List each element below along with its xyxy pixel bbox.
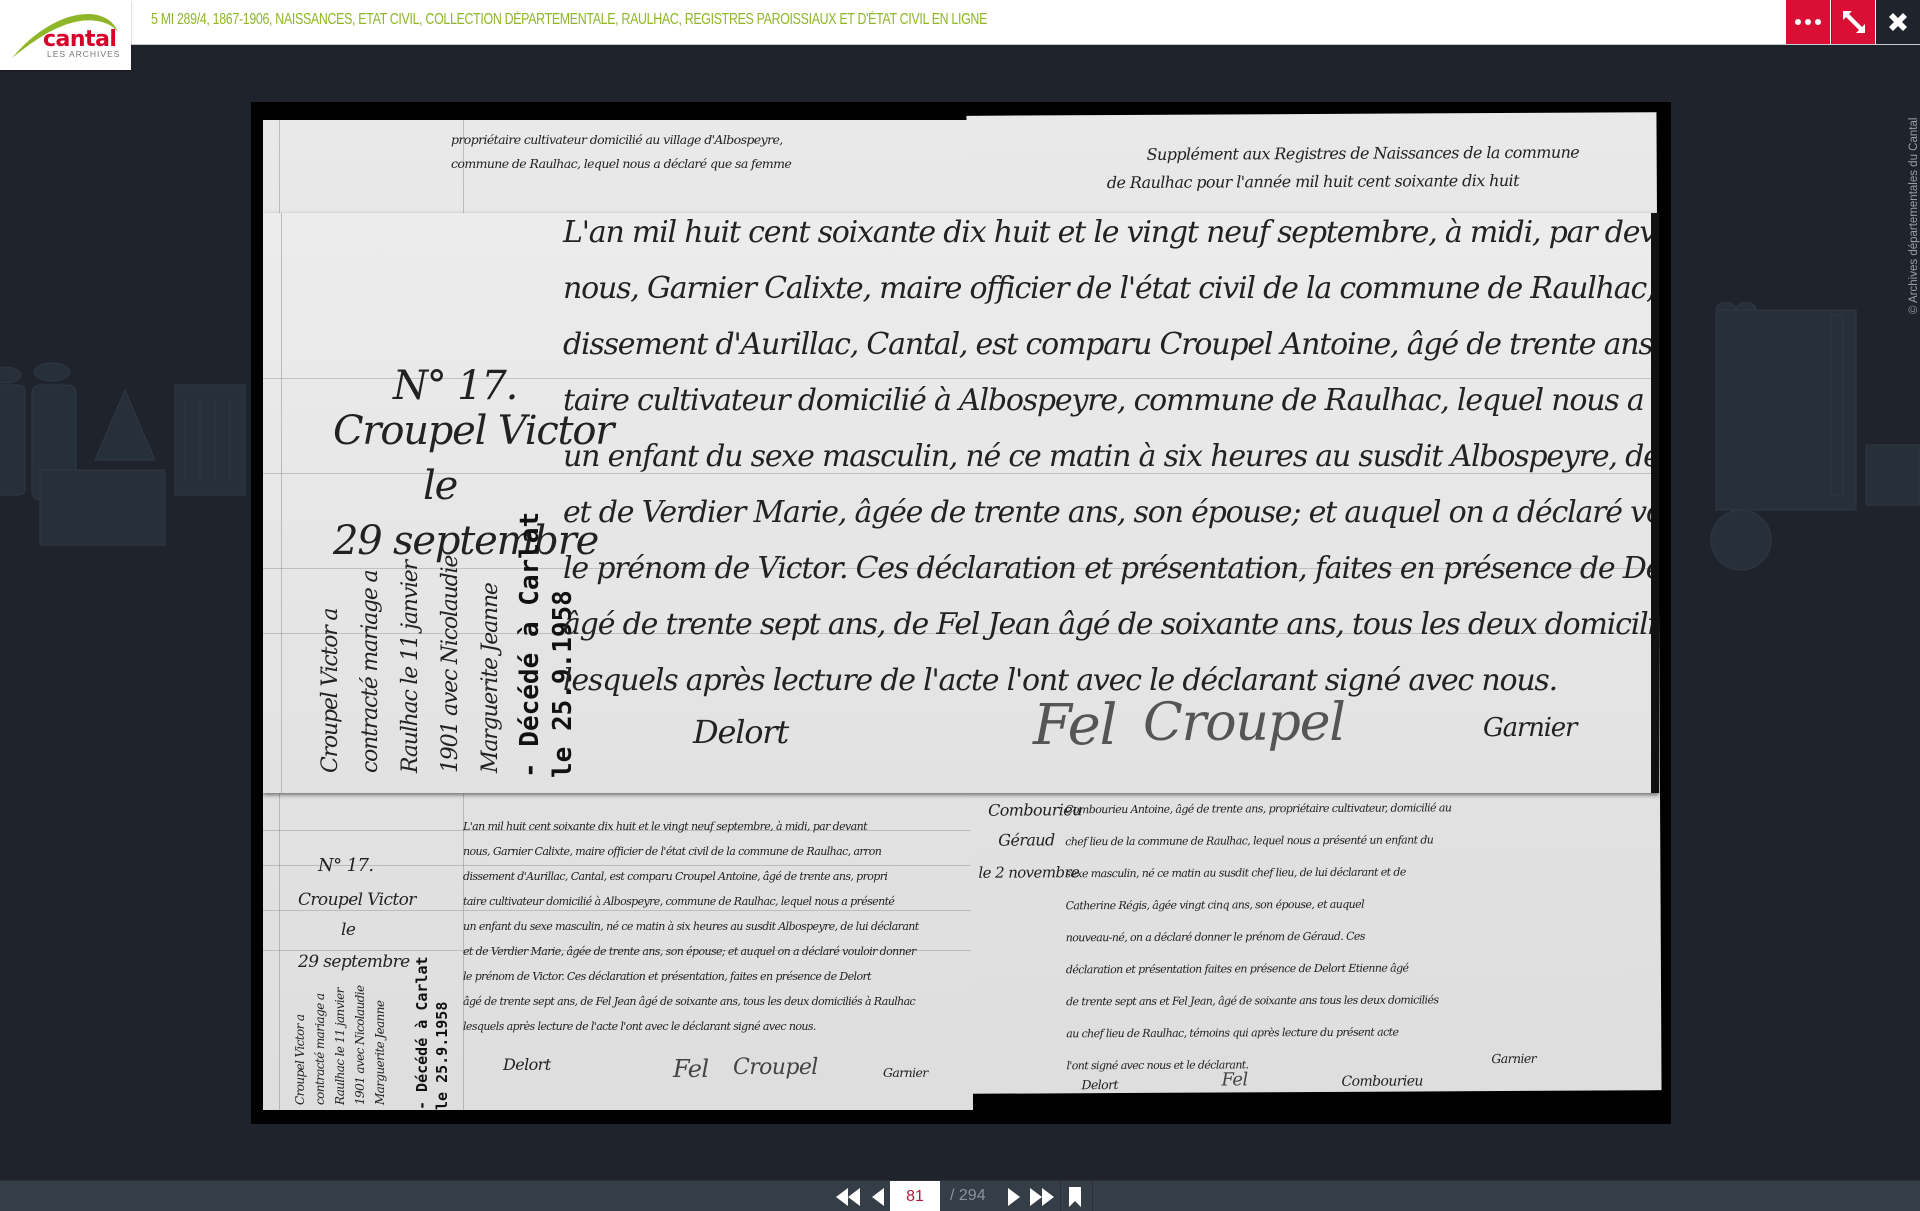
bookmark-icon <box>1069 1187 1081 1207</box>
first-page-button[interactable] <box>832 1181 864 1211</box>
lens-margin-note: Croupel Victor a <box>318 609 343 773</box>
lens-signature: Delort <box>693 713 788 751</box>
page-text-line: Combourieu Antoine, âgé de trente ans, p… <box>1065 801 1451 816</box>
chevron-left-icon <box>872 1188 884 1206</box>
page-text-line: lesquels après lecture de l'acte l'ont a… <box>463 1020 816 1033</box>
lens-death-stamp: - Décédé à Carlat <box>515 512 545 778</box>
margin-date: le 2 novembre <box>978 863 1079 882</box>
lens-signature: Fel <box>1033 693 1116 758</box>
lens-margin-note: Raulhac le 11 janvier <box>398 561 423 773</box>
death-stamp-line: le 25.9.1958 <box>433 1002 451 1110</box>
page-total: / 294 <box>950 1187 986 1205</box>
lens-margin-note: contracté mariage a <box>358 571 383 773</box>
page-header-line: Supplément aux Registres de Naissances d… <box>1147 143 1580 164</box>
lens-act-number: N° 17. <box>393 363 517 409</box>
page-text-line: dissement d'Aurillac, Cantal, est compar… <box>463 870 887 883</box>
lens-date: 29 septembre <box>333 518 598 564</box>
margin-le: le <box>341 920 355 940</box>
page-text-line: L'an mil huit cent soixante dix huit et … <box>463 820 867 833</box>
signature: Delort <box>1081 1077 1117 1092</box>
toolbar-divider <box>1060 1181 1061 1211</box>
cantal-archives-logo[interactable]: cantal LES ARCHIVES <box>0 0 131 70</box>
lens-margin-note: 1901 avec Nicolaudie <box>438 556 463 773</box>
fullscreen-button[interactable] <box>1831 0 1875 44</box>
lens-text-line: taire cultivateur domicilié à Albospeyre… <box>563 383 1659 418</box>
ellipsis-icon <box>1795 19 1821 25</box>
lens-text-line: dissement d'Aurillac, Cantal, est compar… <box>563 327 1659 362</box>
copyright-notice: © Archives départementales du Cantal <box>1908 118 1920 314</box>
margin-date: 29 septembre <box>298 952 410 972</box>
death-stamp-line: - Décédé à Carlat <box>413 956 431 1110</box>
lens-text-line: L'an mil huit cent soixante dix huit et … <box>563 215 1659 250</box>
lens-text-line: le prénom de Victor. Ces déclaration et … <box>563 551 1659 586</box>
document-title: 5 MI 289/4, 1867-1906, NAISSANCES, ETAT … <box>151 11 987 29</box>
lens-text-line: un enfant du sexe masculin, né ce matin … <box>563 439 1659 474</box>
lens-text-line: nous, Garnier Calixte, maire officier de… <box>563 271 1659 306</box>
close-icon <box>1886 10 1910 34</box>
bookmark-button[interactable] <box>1064 1181 1086 1211</box>
page-text-line: propriétaire cultivateur domicilié au vi… <box>451 132 783 147</box>
pagination-toolbar: / 294 <box>0 1180 1920 1211</box>
page-text-line: et de Verdier Marie, âgée de trente ans,… <box>463 945 916 958</box>
background-illustration-left <box>0 330 250 550</box>
more-options-button[interactable] <box>1786 0 1830 44</box>
signature: Combourieu <box>1341 1073 1422 1089</box>
signature: Croupel <box>733 1055 818 1080</box>
background-illustration-right <box>1671 295 1920 575</box>
margin-note-line: Croupel Victor a <box>293 1015 307 1105</box>
margin-line <box>281 213 282 793</box>
signature: Fel <box>1221 1069 1247 1090</box>
signature: Fel <box>673 1055 708 1083</box>
page-text-line: déclaration et présentation faites en pr… <box>1066 962 1409 977</box>
page-text-line: de trente sept ans et Fel Jean, âgé de s… <box>1066 993 1438 1008</box>
previous-page-button[interactable] <box>868 1181 888 1211</box>
margin-note-line: 1901 avec Nicolaudie <box>353 985 367 1105</box>
page-text-line: commune de Raulhac, lequel nous a déclar… <box>451 156 791 171</box>
margin-note-line: contracté mariage a <box>313 994 327 1105</box>
next-page-button[interactable] <box>1004 1181 1024 1211</box>
margin-note-line: Raulhac le 11 janvier <box>333 988 347 1105</box>
last-page-button[interactable] <box>1028 1181 1056 1211</box>
lens-signature: Croupel <box>1143 693 1345 753</box>
lens-le: le <box>423 463 457 509</box>
margin-act-number: N° 17. <box>318 855 374 876</box>
lens-text-line: âgé de trente sept ans, de Fel Jean âgé … <box>563 607 1659 642</box>
signature: Delort <box>503 1055 551 1074</box>
chevron-right-icon <box>1008 1188 1020 1206</box>
signature: Garnier <box>883 1065 928 1080</box>
toolbar-divider <box>1092 1181 1093 1211</box>
double-chevron-right-icon <box>1030 1188 1054 1206</box>
expand-arrows-icon <box>1841 9 1867 35</box>
page-corner <box>1634 112 1648 126</box>
margin-name: Géraud <box>998 830 1054 849</box>
lens-signature: Garnier <box>1483 713 1576 743</box>
page-text-line: sexe masculin, né ce matin au susdit che… <box>1065 866 1405 881</box>
page-number-input[interactable] <box>890 1181 940 1211</box>
page-text-line: âgé de trente sept ans, de Fel Jean âgé … <box>463 995 915 1008</box>
page-text-line: chef lieu de la commune de Raulhac, lequ… <box>1065 833 1433 848</box>
double-chevron-left-icon <box>836 1188 860 1206</box>
magnifier-lens[interactable]: N° 17. Croupel Victor le 29 septembre Cr… <box>263 213 1659 793</box>
header-bar: 5 MI 289/4, 1867-1906, NAISSANCES, ETAT … <box>0 0 1920 45</box>
margin-child-name: Croupel Victor <box>298 890 416 910</box>
page-header-line: de Raulhac pour l'année mil huit cent so… <box>1107 171 1519 192</box>
page-text-line: au chef lieu de Raulhac, témoins qui apr… <box>1066 1026 1398 1041</box>
signature: Garnier <box>1491 1051 1536 1066</box>
lens-text-line: et de Verdier Marie, âgée de trente ans,… <box>563 495 1659 530</box>
page-text-line: nouveau-né, on a déclaré donner le préno… <box>1066 930 1365 945</box>
document-viewer[interactable]: propriétaire cultivateur domicilié au vi… <box>251 102 1671 1124</box>
page-text-line: taire cultivateur domicilié à Albospeyre… <box>463 895 894 908</box>
close-button[interactable] <box>1876 0 1920 44</box>
logo-subtitle: LES ARCHIVES <box>47 49 120 59</box>
margin-note-line: Marguerite Jeanne <box>373 1001 387 1105</box>
page-text-line: Catherine Régis, âgée vingt cinq ans, so… <box>1066 898 1364 913</box>
lens-margin-note: Marguerite Jeanne <box>478 583 503 773</box>
page-text-line: nous, Garnier Calixte, maire officier de… <box>463 845 881 858</box>
page-text-line: le prénom de Victor. Ces déclaration et … <box>463 970 871 983</box>
page-text-line: un enfant du sexe masculin, né ce matin … <box>463 920 919 933</box>
